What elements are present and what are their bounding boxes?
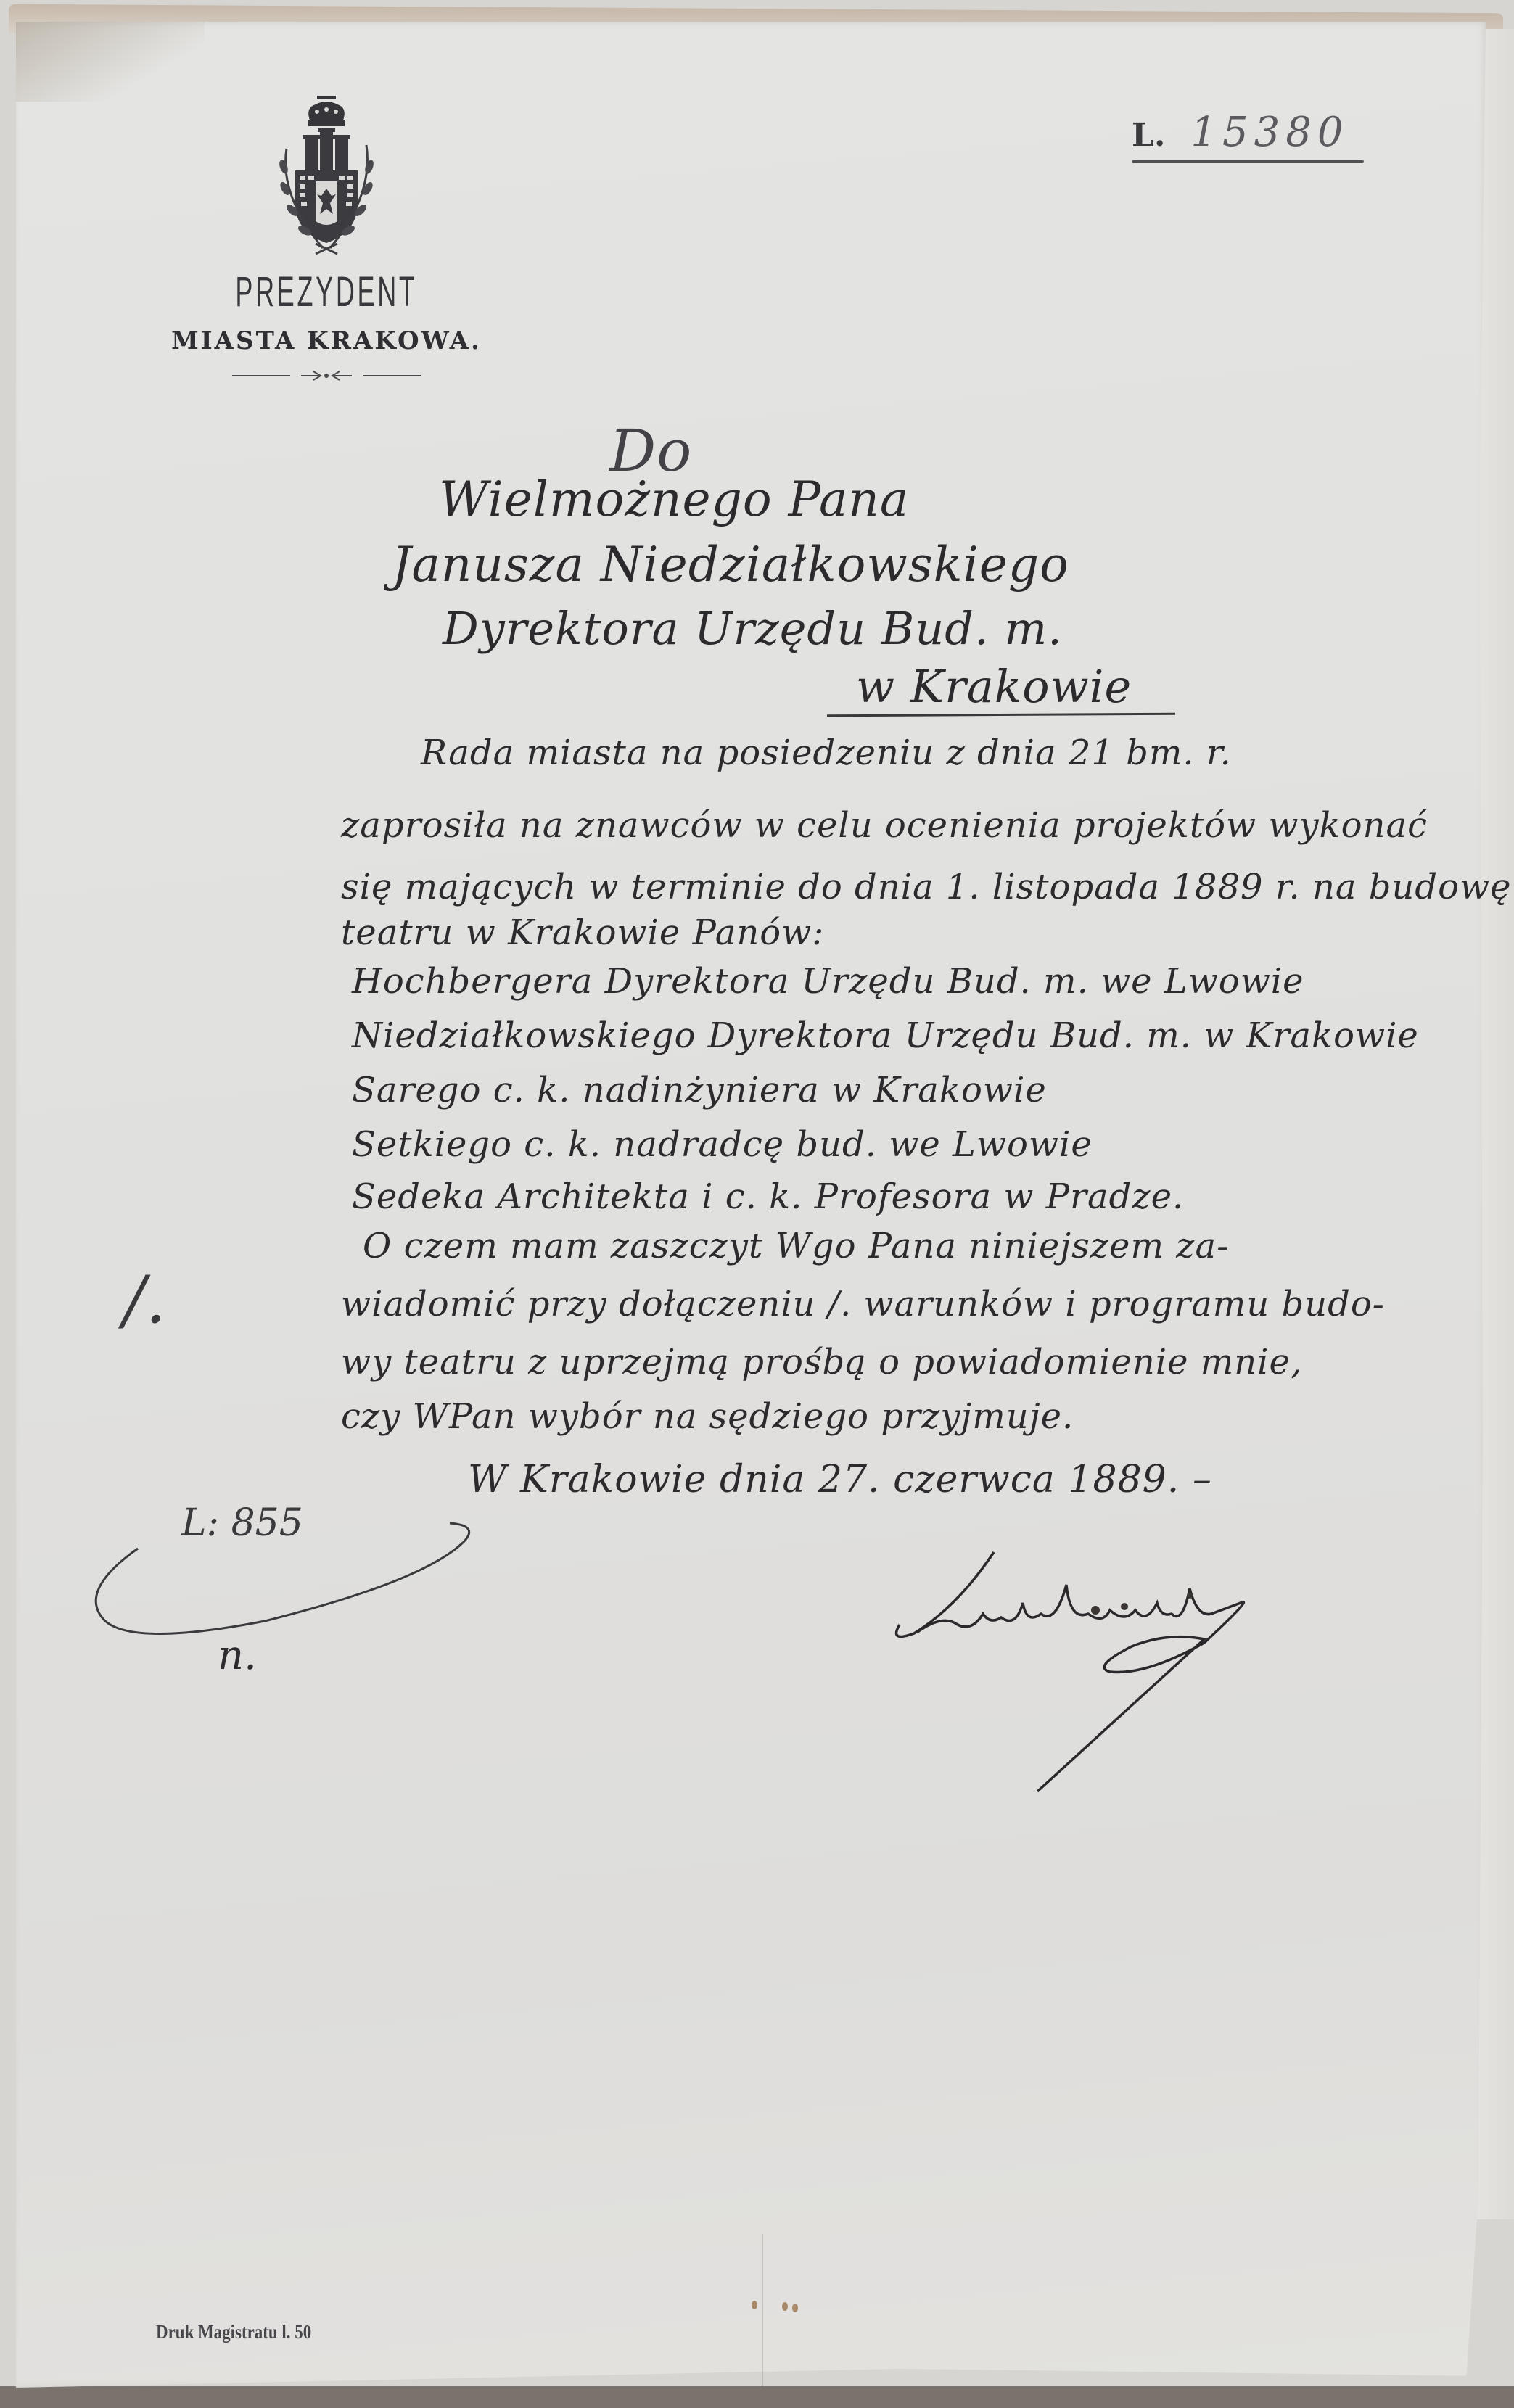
reference-underline (1132, 160, 1364, 163)
addressee-line: Janusza Niedziałkowskiego (392, 537, 1069, 593)
body-line: O czem mam zaszczyt Wgo Pana niniejszem … (363, 1226, 1229, 1266)
reference-number: L. 15380 (1132, 109, 1393, 163)
letterhead: PREZYDENT MIASTA KRAKOWA. (152, 94, 501, 383)
addressee-line: Wielmożnego Pana (439, 471, 909, 527)
body-line: wy teatru z uprzejmą prośbą o powiadomie… (341, 1342, 1302, 1382)
letterhead-title: PREZYDENT (218, 271, 435, 313)
expert-list-item: Setkiego c. k. nadradcę bud. we Lwowie (352, 1124, 1093, 1165)
table-surface (0, 2386, 1514, 2408)
initial-mark: n. (218, 1632, 257, 1679)
body-line: czy WPan wybór na sędziego przyjmuje. (341, 1396, 1074, 1437)
file-number-loop-icon (83, 1512, 490, 1643)
place-date: W Krakowie dnia 27. czerwca 1889. – (468, 1458, 1212, 1501)
reference-prefix: L. (1132, 117, 1165, 154)
expert-list-item: Niedziałkowskiego Dyrektora Urzędu Bud. … (352, 1015, 1419, 1056)
body-line: wiadomić przy dołączeniu /. warunków i p… (341, 1284, 1385, 1324)
expert-list-item: Sedeka Architekta i c. k. Profesora w Pr… (352, 1176, 1184, 1217)
addressee-line: w Krakowie (856, 660, 1132, 713)
body-line: zaprosiła na znawców w celu ocenienia pr… (341, 805, 1428, 846)
letterhead-subtitle: MIASTA KRAKOWA. (152, 326, 501, 355)
body-line: Rada miasta na posiedzeniu z dnia 21 bm.… (421, 733, 1232, 773)
enclosure-mark: /. (123, 1262, 166, 1338)
expert-list-item: Hochbergera Dyrektora Urzędu Bud. m. we … (352, 961, 1304, 1002)
ornament-divider-icon (152, 368, 501, 383)
addressee-line: Dyrektora Urzędu Bud. m. (443, 602, 1063, 655)
stain-dots-icon (747, 2299, 805, 2321)
krakow-coat-of-arms-icon (265, 94, 388, 261)
body-line: teatru w Krakowie Panów: (341, 912, 824, 953)
body-line: się mających w terminie do dnia 1. listo… (341, 867, 1512, 907)
expert-list-item: Sarego c. k. nadinżyniera w Krakowie (352, 1070, 1047, 1110)
reference-value: 15380 (1190, 109, 1349, 156)
printer-mark: Druk Magistratu l. 50 (156, 2321, 311, 2343)
